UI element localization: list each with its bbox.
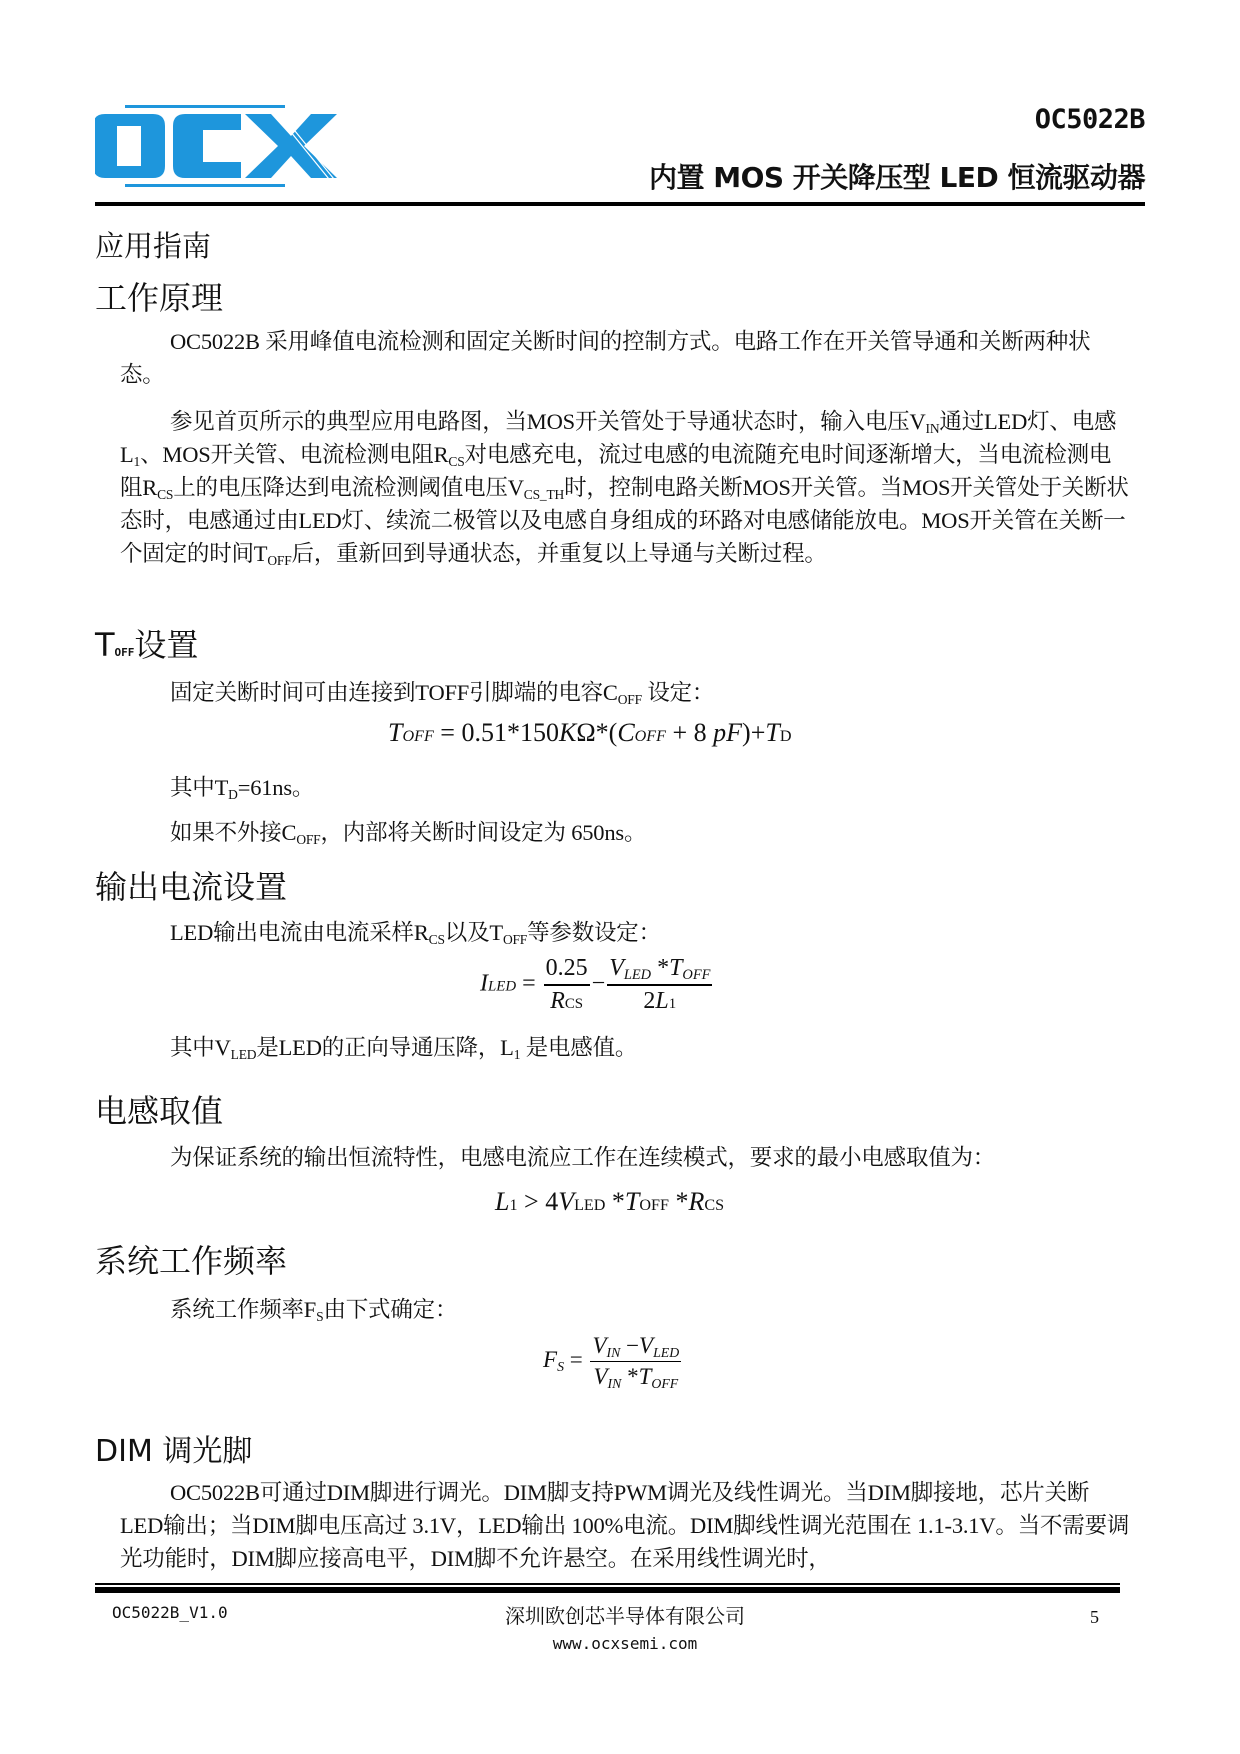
subscript: OFF: [267, 553, 291, 568]
sym: −: [592, 971, 606, 997]
doc-code: OC5022B: [1035, 104, 1145, 135]
text: 其中T: [170, 775, 228, 800]
sym: I: [480, 971, 488, 997]
sym: ): [742, 718, 751, 747]
text: LED输出电流由电流采样R: [170, 920, 429, 945]
sym: =: [440, 718, 455, 747]
text: 后，重新回到导通状态，并重复以上导通与关断过程。: [292, 541, 827, 566]
sym: V: [558, 1187, 574, 1216]
sym: L: [655, 988, 668, 1014]
sym: T: [388, 718, 402, 747]
numerator: VIN −VLED: [590, 1333, 681, 1362]
text: 系统工作频率F: [170, 1297, 316, 1322]
sym: OFF: [651, 1376, 678, 1391]
footer-company: 深圳欧创芯半导体有限公司: [0, 1600, 1240, 1629]
subscript: D: [228, 787, 238, 802]
text: 以及T: [445, 920, 503, 945]
sym: *: [657, 955, 669, 981]
subscript: OFF: [618, 692, 642, 707]
sym: D: [780, 728, 792, 745]
sym: T: [765, 718, 779, 747]
section-title-dim: DIM 调光脚: [95, 1426, 252, 1470]
subscript: IN: [926, 421, 940, 436]
page-number: 5: [1090, 1607, 1099, 1628]
footer-url: www.ocxsemi.com: [0, 1634, 1240, 1653]
toff-default-note: 如果不外接COFF，内部将关断时间设定为 650ns。: [170, 815, 646, 847]
sym: +: [751, 718, 766, 747]
numerator: 0.25: [544, 955, 590, 986]
toff-intro: 固定关断时间可由连接到TOFF引脚端的电容COFF 设定：: [170, 675, 714, 707]
ocx-logo: [95, 104, 345, 190]
sym: 0.51: [461, 718, 507, 747]
principle-p1-text: OC5022B 采用峰值电流检测和固定关断时间的控制方式。电路工作在开关管导通和…: [120, 329, 1090, 387]
sym: +: [672, 718, 687, 747]
footer-rule: [95, 1587, 1120, 1593]
toff-formula: TOFF = 0.51*150KΩ*(COFF + 8 pF)+TD: [388, 718, 792, 748]
subscript: CS: [429, 932, 445, 947]
section-title-frequency: 系统工作频率: [95, 1236, 287, 1282]
sym: L: [495, 1187, 509, 1216]
sym: (: [609, 718, 618, 747]
sym: LED: [653, 1345, 679, 1360]
subscript: OFF: [115, 646, 135, 659]
text: 固定关断时间可由连接到TOFF引脚端的电容C: [170, 680, 618, 705]
text: 等参数设定：: [527, 920, 661, 945]
section-title-toff: TOFF设置: [95, 620, 198, 666]
sym: −: [626, 1333, 639, 1358]
sym: *: [675, 1187, 688, 1216]
sym: T: [639, 1364, 652, 1389]
text: 上的电压降达到电流检测阈值电压V: [173, 475, 524, 500]
sym: C: [617, 718, 634, 747]
frequency-intro: 系统工作频率FS由下式确定：: [170, 1292, 457, 1324]
sym: 2: [643, 988, 655, 1014]
sym: R: [550, 988, 565, 1014]
principle-paragraph-2: 参见首页所示的典型应用电路图，当MOS开关管处于导通状态时，输入电压VIN通过L…: [120, 405, 1130, 570]
sym: =: [522, 971, 536, 997]
output-current-intro: LED输出电流由电流采样RCS以及TOFF等参数设定：: [170, 915, 661, 947]
doc-title: 内置 MOS 开关降压型 LED 恒流驱动器: [649, 156, 1145, 196]
subscript: LED: [231, 1047, 257, 1062]
section-title-inductor: 电感取值: [95, 1086, 223, 1132]
sym: 8: [694, 718, 707, 747]
sym: 4: [545, 1187, 558, 1216]
fraction: VLED *TOFF 2L1: [607, 955, 712, 1015]
sym: V: [609, 955, 624, 981]
sym: *: [627, 1364, 639, 1389]
section-title-principle: 工作原理: [95, 273, 223, 319]
text: 、MOS开关管、电流检测电阻R: [140, 442, 448, 467]
fraction: VIN −VLED VIN *TOFF: [590, 1333, 681, 1390]
section-title-output-current: 输出电流设置: [95, 862, 287, 908]
dim-p1-text: OC5022B可通过DIM脚进行调光。DIM脚支持PWM调光及线性调光。当DIM…: [120, 1480, 1129, 1571]
principle-paragraph-1: OC5022B 采用峰值电流检测和固定关断时间的控制方式。电路工作在开关管导通和…: [120, 325, 1130, 391]
sym: OFF: [682, 967, 710, 983]
header-rule: [95, 202, 1145, 206]
denominator: VIN *TOFF: [591, 1362, 680, 1390]
sym: OFF: [402, 728, 433, 745]
section-title-app-guide: 应用指南: [95, 224, 211, 265]
sym: 1: [509, 1197, 517, 1214]
sym: R: [688, 1187, 704, 1216]
text: 由下式确定：: [323, 1297, 457, 1322]
text: 其中V: [170, 1035, 231, 1060]
sym: CS: [704, 1197, 724, 1214]
inductor-formula: L1 > 4VLED *TOFF *RCS: [495, 1187, 724, 1217]
text: ，内部将关断时间设定为 650ns。: [320, 820, 646, 845]
subscript: OFF: [503, 932, 527, 947]
iled-formula: ILED = 0.25 RCS − VLED *TOFF 2L1: [480, 955, 714, 1015]
sym: *: [596, 718, 609, 747]
sym: pF: [713, 718, 742, 747]
text: =61ns。: [238, 775, 315, 800]
sym: S: [557, 1359, 564, 1374]
text: 是电感值。: [520, 1035, 637, 1060]
sym: CS: [565, 996, 583, 1012]
numerator: VLED *TOFF: [607, 955, 712, 986]
sym: T: [669, 955, 682, 981]
sym: LED: [574, 1197, 605, 1214]
sym: T: [625, 1187, 639, 1216]
fraction: 0.25 RCS: [544, 955, 590, 1015]
sym: >: [524, 1187, 539, 1216]
sym: V: [592, 1333, 606, 1358]
text: T: [95, 626, 115, 664]
sym: 1: [669, 996, 676, 1012]
text: 参见首页所示的典型应用电路图，当MOS开关管处于导通状态时，输入电压V: [170, 409, 926, 434]
td-note: 其中TD=61ns。: [170, 770, 314, 802]
sym: =: [570, 1347, 583, 1372]
dim-paragraph: OC5022B可通过DIM脚进行调光。DIM脚支持PWM调光及线性调光。当DIM…: [120, 1476, 1130, 1575]
sym: F: [543, 1347, 557, 1372]
sym: IN: [607, 1345, 621, 1360]
sym: *: [507, 718, 520, 747]
subscript: CS: [448, 454, 464, 469]
sym: LED: [624, 967, 651, 983]
sym: LED: [488, 979, 516, 995]
text: 设定：: [642, 680, 714, 705]
text: 是LED的正向导通压降，L: [256, 1035, 513, 1060]
sym: IN: [608, 1376, 622, 1391]
denominator: RCS: [548, 986, 585, 1015]
footer-rule: [95, 1583, 1120, 1585]
sym: *: [612, 1187, 625, 1216]
subscript: CS_TH: [524, 487, 564, 502]
sym: OFF: [635, 728, 666, 745]
sym: K: [559, 718, 576, 747]
sym: V: [639, 1333, 653, 1358]
subscript: CS: [157, 487, 173, 502]
sym: 150: [520, 718, 559, 747]
denominator: 2L1: [641, 986, 678, 1015]
vled-note: 其中VLED是LED的正向导通压降，L1 是电感值。: [170, 1030, 637, 1062]
text: 如果不外接C: [170, 820, 296, 845]
text: 设置: [134, 626, 198, 664]
subscript: OFF: [296, 832, 320, 847]
sym: Ω: [576, 718, 595, 747]
frequency-formula: FS = VIN −VLED VIN *TOFF: [543, 1333, 683, 1390]
sym: V: [593, 1364, 607, 1389]
inductor-intro: 为保证系统的输出恒流特性，电感电流应工作在连续模式，要求的最小电感取值为：: [170, 1140, 995, 1172]
sym: OFF: [639, 1197, 669, 1214]
